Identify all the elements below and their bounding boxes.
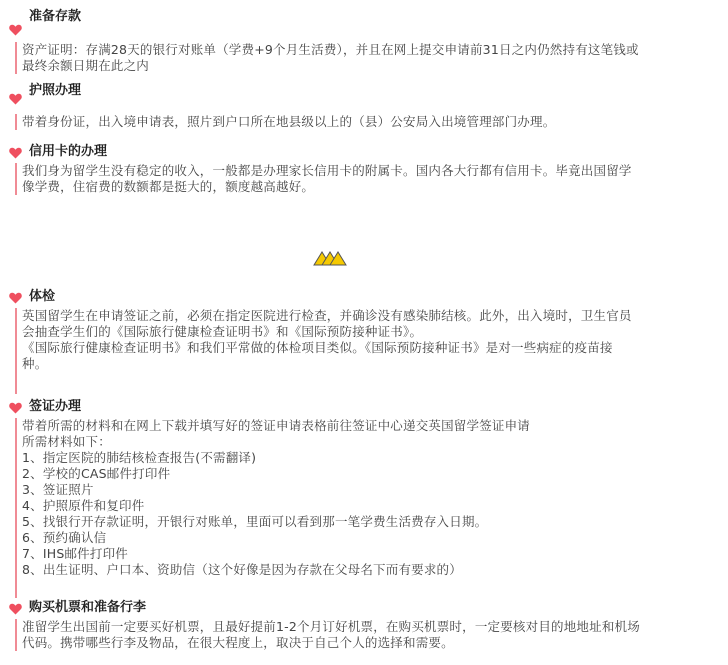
- section-body: 带着身份证，出入境申请表，照片到户口所在地县级以上的（县）公安局入出境管理部门办…: [15, 114, 662, 130]
- section-visa: 签证办理 带着所需的材料和在网上下载并填写好的签证申请表格前往签证中心递交英国留…: [0, 398, 728, 598]
- list-item: 3、签证照片: [22, 482, 662, 498]
- heart-icon: [9, 402, 22, 414]
- body-line: 会抽查学生们的《国际旅行健康检查证明书》和《国际预防接种证书》。: [22, 324, 662, 340]
- section-heading: 信用卡的办理: [0, 143, 728, 163]
- section-body: 资产证明：存满28天的银行对账单（学费+9个月生活费），并且在网上提交申请前31…: [15, 42, 662, 74]
- section-title: 签证办理: [29, 398, 81, 416]
- section-health-check: 体检 英国留学生在申请签证之前，必须在指定医院进行检查，并确诊没有感染肺结核。此…: [0, 288, 728, 394]
- section-passport: 护照办理 带着身份证，出入境申请表，照片到户口所在地县级以上的（县）公安局入出境…: [0, 82, 728, 130]
- list-item: 1、指定医院的肺结核检查报告(不需翻译): [22, 450, 662, 466]
- section-title: 体检: [29, 288, 55, 306]
- section-heading: 准备存款: [0, 8, 728, 42]
- mountain-triple-icon: [313, 250, 347, 266]
- body-line: 资产证明：存满28天的银行对账单（学费+9个月生活费），并且在网上提交申请前31…: [22, 42, 662, 58]
- section-title: 准备存款: [29, 8, 81, 26]
- heart-icon: [9, 93, 22, 105]
- list-item: 7、IHS邮件打印件: [22, 546, 662, 562]
- body-line: 最终余额日期在此之内: [22, 58, 662, 74]
- body-line: 所需材料如下：: [22, 434, 662, 450]
- heart-icon: [9, 24, 22, 36]
- section-body: 带着所需的材料和在网上下载并填写好的签证申请表格前往签证中心递交英国留学签证申请…: [15, 418, 662, 598]
- section-heading: 签证办理: [0, 398, 728, 418]
- list-item: 2、学校的CAS邮件打印件: [22, 466, 662, 482]
- body-line: 英国留学生在申请签证之前，必须在指定医院进行检查，并确诊没有感染肺结核。此外，出…: [22, 308, 662, 324]
- section-body: 准留学生出国前一定要买好机票，且最好提前1-2个月订好机票，在购买机票时，一定要…: [15, 619, 662, 651]
- body-line: 带着所需的材料和在网上下载并填写好的签证申请表格前往签证中心递交英国留学签证申请: [22, 418, 662, 434]
- body-line: 《国际旅行健康检查证明书》和我们平常做的体检项目类似。《国际预防接种证书》是对一…: [22, 340, 662, 356]
- section-title: 购买机票和准备行李: [29, 599, 146, 617]
- section-heading: 购买机票和准备行李: [0, 599, 728, 619]
- section-body: 我们身为留学生没有稳定的收入，一般都是办理家长信用卡的附属卡。国内各大行都有信用…: [15, 163, 662, 195]
- body-line: 像学费，住宿费的数额都是挺大的，额度越高越好。: [22, 179, 662, 195]
- section-title: 信用卡的办理: [29, 143, 107, 161]
- body-line: 代码。携带哪些行李及物品，在很大程度上，取决于自己个人的选择和需要。: [22, 635, 662, 651]
- section-heading: 体检: [0, 288, 728, 308]
- section-tickets-luggage: 购买机票和准备行李 准留学生出国前一定要买好机票，且最好提前1-2个月订好机票，…: [0, 599, 728, 651]
- heart-icon: [9, 147, 22, 159]
- body-line: 准留学生出国前一定要买好机票，且最好提前1-2个月订好机票，在购买机票时，一定要…: [22, 619, 662, 635]
- body-line: 带着身份证，出入境申请表，照片到户口所在地县级以上的（县）公安局入出境管理部门办…: [22, 114, 662, 130]
- list-item: 5、找银行开存款证明，开银行对账单，里面可以看到那一笔学费生活费存入日期。: [22, 514, 662, 530]
- body-line: 种。: [22, 356, 662, 372]
- list-item: 6、预约确认信: [22, 530, 662, 546]
- heart-icon: [9, 292, 22, 304]
- list-item: 4、护照原件和复印件: [22, 498, 662, 514]
- list-item: 8、出生证明、户口本、资助信（这个好像是因为存款在父母名下而有要求的）: [22, 562, 662, 578]
- heart-icon: [9, 603, 22, 615]
- section-heading: 护照办理: [0, 82, 728, 114]
- section-title: 护照办理: [29, 82, 81, 100]
- section-deposit: 准备存款 资产证明：存满28天的银行对账单（学费+9个月生活费），并且在网上提交…: [0, 8, 728, 74]
- section-credit-card: 信用卡的办理 我们身为留学生没有稳定的收入，一般都是办理家长信用卡的附属卡。国内…: [0, 143, 728, 195]
- section-body: 英国留学生在申请签证之前，必须在指定医院进行检查，并确诊没有感染肺结核。此外，出…: [15, 308, 662, 394]
- body-line: 我们身为留学生没有稳定的收入，一般都是办理家长信用卡的附属卡。国内各大行都有信用…: [22, 163, 662, 179]
